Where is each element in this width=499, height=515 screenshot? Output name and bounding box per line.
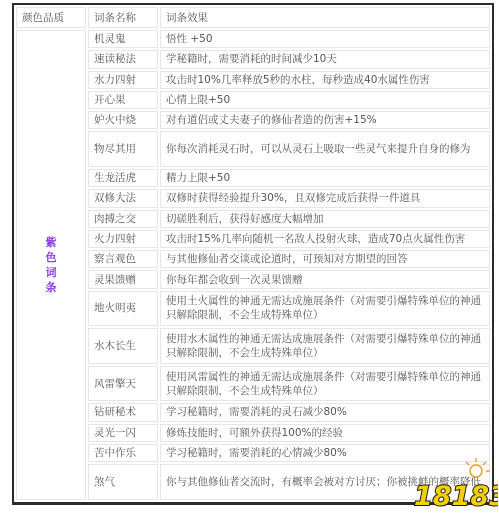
entry-effect: 悟性 +50 — [160, 30, 490, 48]
entry-name: 钻研秘术 — [88, 403, 158, 421]
table-row: 灵光一闪修炼技能时，可额外获得100%的经验 — [16, 424, 490, 442]
quality-cell: 紫色词条 — [16, 30, 86, 500]
entry-name: 火力四射 — [88, 230, 158, 248]
table-row: 火力四射攻击时15%几率向随机一名敌人投射火球，造成70点火属性伤害 — [16, 230, 490, 248]
entry-name: 妒火中烧 — [88, 111, 158, 129]
entry-effect: 使用土火属性的神通无需达成施展条件（对需要引爆特殊单位的神通只解除限制，不会生成… — [160, 291, 490, 327]
table-row: 风雷擎天使用风雷属性的神通无需达成施展条件（对需要引爆特殊单位的神通只解除限制，… — [16, 366, 490, 402]
entry-effect: 切磋胜利后，获得好感度大幅增加 — [160, 210, 490, 228]
entry-name: 察言观色 — [88, 250, 158, 268]
entry-name: 风雷擎天 — [88, 366, 158, 402]
table-row: 物尽其用你每次消耗灵石时，可以从灵石上吸取一些灵气来提升自身的修为 — [16, 131, 490, 167]
entry-name: 水力四射 — [88, 71, 158, 89]
entry-effect: 学秘籍时，需要消耗的时间减少10天 — [160, 50, 490, 68]
entry-effect: 学习秘籍时，需要消耗的心情减少80% — [160, 444, 490, 462]
entry-name: 开心果 — [88, 91, 158, 109]
entry-effect: 心情上限+50 — [160, 91, 490, 109]
entry-effect: 与其他修仙者交谈或论道时，可预知对方期望的回答 — [160, 250, 490, 268]
attribute-table: 颜色品质 词条名称 词条效果 紫色词条机灵鬼悟性 +50速读秘法学秘籍时，需要消… — [14, 5, 492, 502]
table-row: 双修大法双修时获得经验提升30%，且双修完成后获得一件道具 — [16, 189, 490, 207]
table-row: 苦中作乐学习秘籍时，需要消耗的心情减少80% — [16, 444, 490, 462]
quality-label: 紫色词条 — [45, 235, 57, 295]
header-quality: 颜色品质 — [16, 7, 86, 28]
entry-name: 物尽其用 — [88, 131, 158, 167]
entry-name: 生龙活虎 — [88, 169, 158, 187]
entry-name: 水木长生 — [88, 328, 158, 364]
entry-effect: 双修时获得经验提升30%，且双修完成后获得一件道具 — [160, 189, 490, 207]
table-frame: 颜色品质 词条名称 词条效果 紫色词条机灵鬼悟性 +50速读秘法学秘籍时，需要消… — [12, 3, 494, 505]
entry-name: 肉搏之交 — [88, 210, 158, 228]
entry-effect: 你每次消耗灵石时，可以从灵石上吸取一些灵气来提升自身的修为 — [160, 131, 490, 167]
entry-effect: 使用风雷属性的神通无需达成施展条件（对需要引爆特殊单位的神通只解除限制，不会生成… — [160, 366, 490, 402]
entry-effect: 精力上限+50 — [160, 169, 490, 187]
entry-effect: 攻击时15%几率向随机一名敌人投射火球，造成70点火属性伤害 — [160, 230, 490, 248]
table-row: 肉搏之交切磋胜利后，获得好感度大幅增加 — [16, 210, 490, 228]
table-row: 开心果心情上限+50 — [16, 91, 490, 109]
entry-name: 地火明夷 — [88, 291, 158, 327]
entry-name: 速读秘法 — [88, 50, 158, 68]
entry-effect: 学习秘籍时，需要消耗的灵石减少80% — [160, 403, 490, 421]
table-row: 妒火中烧对有道侣或丈夫妻子的修仙者造的伤害+15% — [16, 111, 490, 129]
entry-name: 灵果馈赠 — [88, 270, 158, 288]
header-name: 词条名称 — [88, 7, 158, 28]
table-row: 紫色词条机灵鬼悟性 +50 — [16, 30, 490, 48]
table-row: 地火明夷使用土火属性的神通无需达成施展条件（对需要引爆特殊单位的神通只解除限制，… — [16, 291, 490, 327]
table-row: 生龙活虎精力上限+50 — [16, 169, 490, 187]
table-row: 水木长生使用水木属性的神通无需达成施展条件（对需要引爆特殊单位的神通只解除限制，… — [16, 328, 490, 364]
entry-effect: 你每年都会收到一次灵果馈赠 — [160, 270, 490, 288]
entry-name: 煞气 — [88, 464, 158, 500]
header-effect: 词条效果 — [160, 7, 490, 28]
entry-name: 苦中作乐 — [88, 444, 158, 462]
table-row: 速读秘法学秘籍时，需要消耗的时间减少10天 — [16, 50, 490, 68]
entry-effect: 你与其他修仙者交流时，有概率会被对方讨厌；你被挑衅的概率降低 — [160, 464, 490, 500]
entry-name: 双修大法 — [88, 189, 158, 207]
entry-effect: 对有道侣或丈夫妻子的修仙者造的伤害+15% — [160, 111, 490, 129]
table-row: 煞气你与其他修仙者交流时，有概率会被对方讨厌；你被挑衅的概率降低 — [16, 464, 490, 500]
table-row: 察言观色与其他修仙者交谈或论道时，可预知对方期望的回答 — [16, 250, 490, 268]
entry-effect: 使用水木属性的神通无需达成施展条件（对需要引爆特殊单位的神通只解除限制，不会生成… — [160, 328, 490, 364]
table-row: 钻研秘术学习秘籍时，需要消耗的灵石减少80% — [16, 403, 490, 421]
entry-name: 机灵鬼 — [88, 30, 158, 48]
table-row: 水力四射攻击时10%几率释放5秒的水柱，每秒造成40水属性伤害 — [16, 71, 490, 89]
table-header-row: 颜色品质 词条名称 词条效果 — [16, 7, 490, 28]
entry-name: 灵光一闪 — [88, 424, 158, 442]
entry-effect: 攻击时10%几率释放5秒的水柱，每秒造成40水属性伤害 — [160, 71, 490, 89]
entry-effect: 修炼技能时，可额外获得100%的经验 — [160, 424, 490, 442]
table-row: 灵果馈赠你每年都会收到一次灵果馈赠 — [16, 270, 490, 288]
